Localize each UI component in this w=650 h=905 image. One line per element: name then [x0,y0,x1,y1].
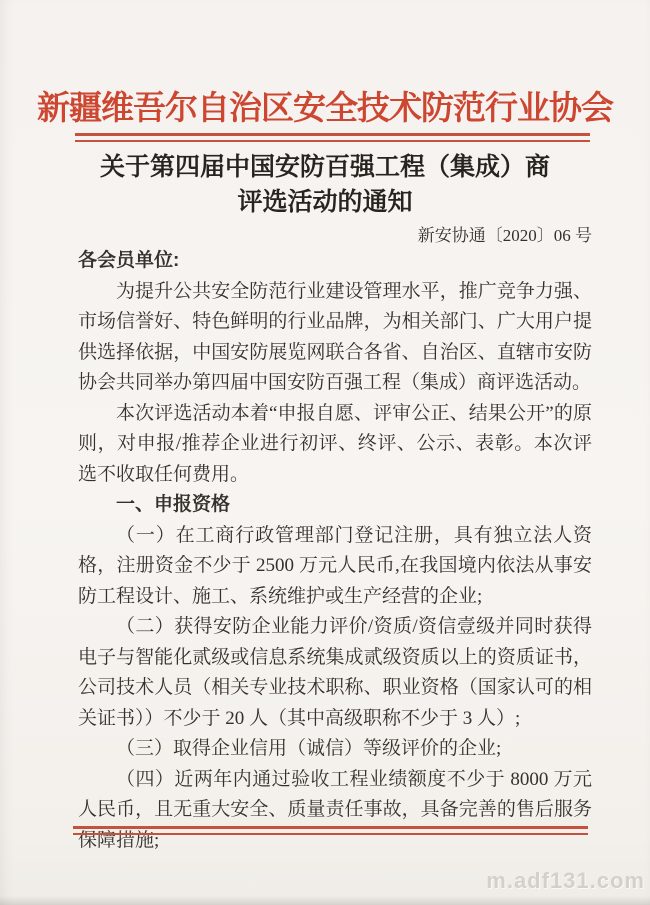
document-title-line2: 评选活动的通知 [0,185,650,220]
footer-divider-rule [73,826,588,835]
list-item-2: （二）获得安防企业能力评价/资质/资信壹级并同时获得电子与智能化贰级或信息系统集… [78,612,592,734]
paragraph-intro: 为提升公共安全防范行业建设管理水平，推广竞争力强、市场信誉好、特色鲜明的行业品牌… [78,277,592,399]
document-title-line1: 关于第四届中国安防百强工程（集成）商 [0,150,650,185]
salutation: 各会员单位: [78,246,592,277]
paragraph-principles: 本次评选活动本着“申报自愿、评审公正、结果公开”的原则，对申报/推荐企业进行初评… [78,399,592,491]
document-number: 新安协通〔2020〕06 号 [418,221,592,246]
header-divider-rule [75,133,590,142]
section-heading-eligibility: 一、申报资格 [78,490,592,521]
scanned-notice-page: 新疆维吾尔自治区安全技术防范行业协会 关于第四届中国安防百强工程（集成）商 评选… [0,0,650,905]
list-item-1: （一）在工商行政管理部门登记注册，具有独立法人资格，注册资金不少于 2500 万… [78,521,592,613]
list-item-4: （四）近两年内通过验收工程业绩额度不少于 8000 万元人民币，且无重大安全、质… [78,765,592,857]
watermark: m.adf131.com [486,868,645,894]
list-item-3: （三）取得企业信用（诚信）等级评价的企业; [78,734,592,765]
org-name-heading: 新疆维吾尔自治区安全技术防范行业协会 [0,82,650,129]
document-body: 各会员单位: 为提升公共安全防范行业建设管理水平，推广竞争力强、市场信誉好、特色… [78,246,592,856]
document-title: 关于第四届中国安防百强工程（集成）商 评选活动的通知 [0,150,650,220]
